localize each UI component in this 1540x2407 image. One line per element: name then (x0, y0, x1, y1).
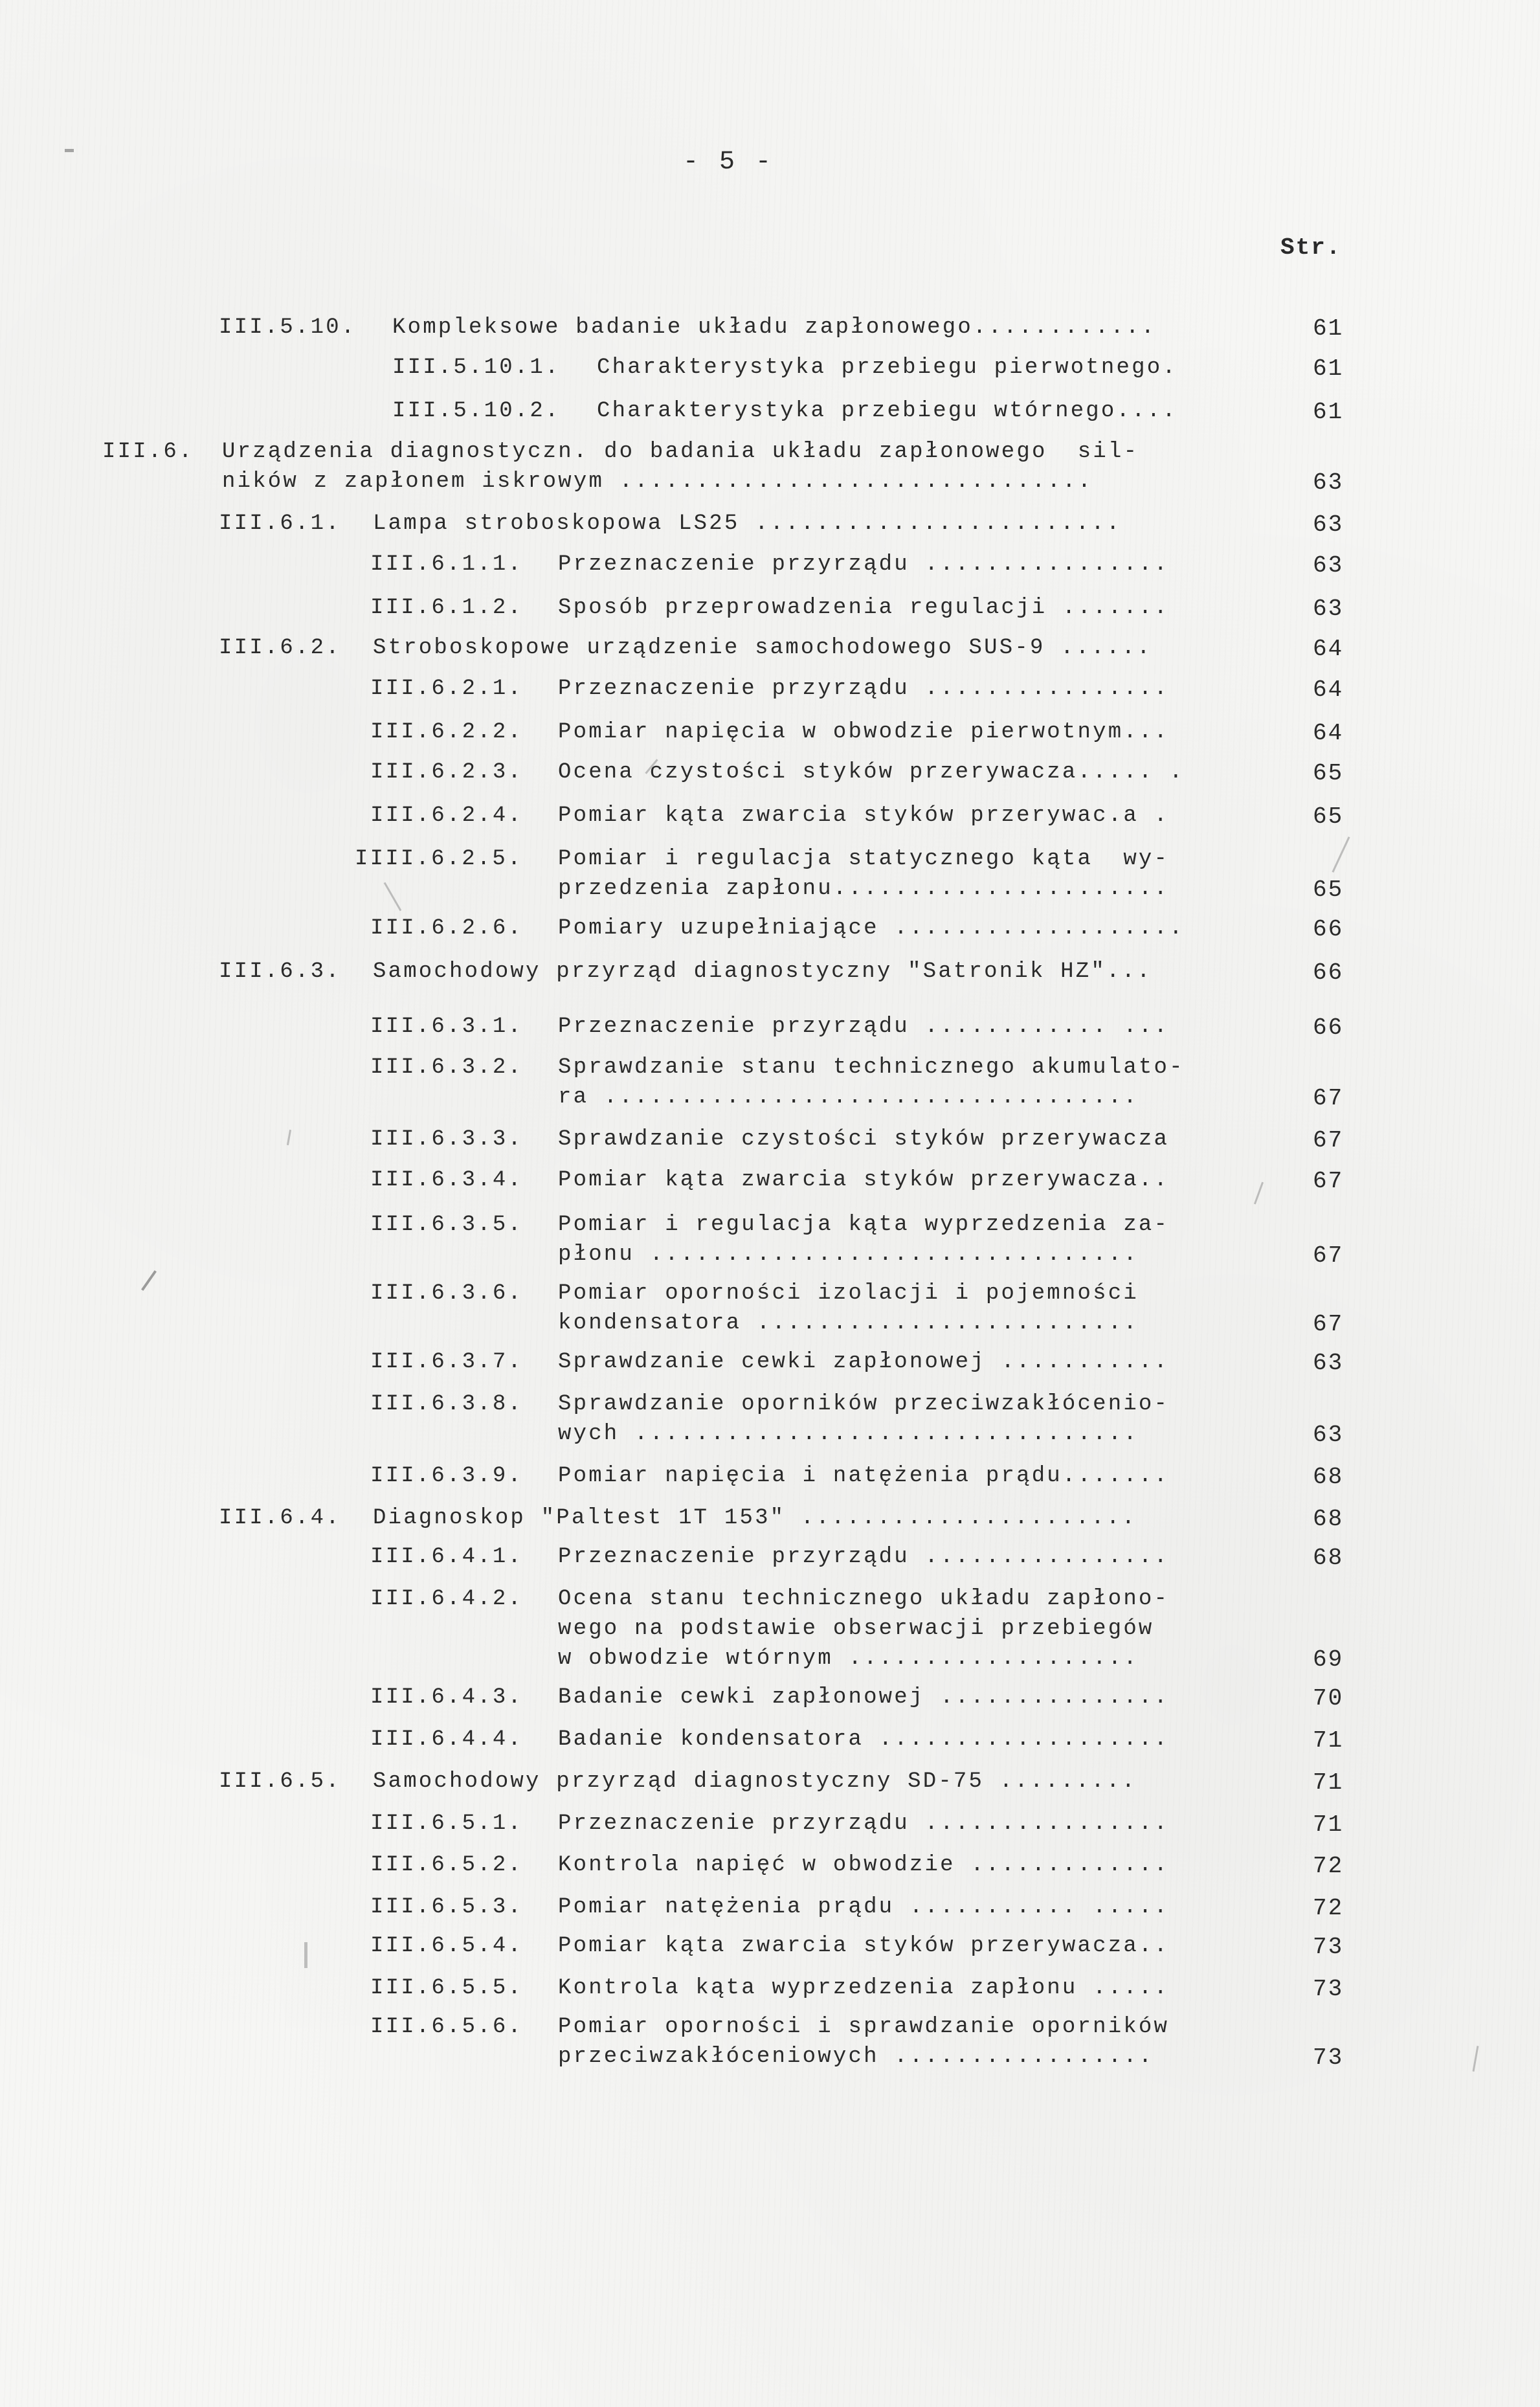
section-number: III.6.3.4. (370, 1168, 523, 1192)
page-reference: 71 (1313, 1769, 1343, 1796)
page-reference: 67 (1313, 1127, 1343, 1154)
section-number: III.6.4.2. (370, 1587, 523, 1611)
section-title-line: Kontrola kąta wyprzedzenia zapłonu ..... (558, 1976, 1240, 2000)
section-title-line: Badanie cewki zapłonowej ............... (558, 1685, 1240, 1710)
scan-mark (384, 882, 402, 912)
section-title-line: Pomiar kąta zwarcia styków przerywac.a . (558, 803, 1240, 828)
section-number: III.6.5.2. (370, 1853, 523, 1877)
section-title-line: Lampa stroboskopowa LS25 ...............… (373, 511, 1240, 536)
page-reference: 64 (1313, 677, 1343, 703)
page-reference: 65 (1313, 877, 1343, 903)
section-title-line: Pomiar oporności izolacji i pojemności (558, 1281, 1240, 1306)
page-reference: 63 (1313, 1422, 1343, 1448)
scan-mark (1473, 2046, 1479, 2072)
page-reference: 61 (1313, 315, 1343, 342)
scan-mark (287, 1130, 291, 1145)
section-number: III.6.5.5. (370, 1976, 523, 2000)
section-title-line: Pomiar oporności i sprawdzanie oporników (558, 2015, 1240, 2039)
section-number: III.6.5.1. (370, 1811, 523, 1836)
page-reference: 65 (1313, 803, 1343, 830)
section-title-line: Urządzenia diagnostyczn. do badania ukła… (222, 440, 1240, 464)
section-number: III.6.4.3. (370, 1685, 523, 1710)
section-number: III.6.5.4. (370, 1934, 523, 1958)
page-reference: 66 (1313, 959, 1343, 986)
section-number: III.6.5. (219, 1769, 341, 1794)
page-reference: 71 (1313, 1811, 1343, 1838)
section-title-line: Przeznaczenie przyrządu ................ (558, 677, 1240, 701)
page-reference: 66 (1313, 916, 1343, 943)
page-reference: 61 (1313, 399, 1343, 425)
scan-mark (1254, 1182, 1264, 1205)
page-reference: 61 (1313, 355, 1343, 382)
section-number: III.6.2. (219, 636, 341, 660)
section-number: III.6.3.3. (370, 1127, 523, 1152)
section-number: III.6.1.1. (370, 552, 523, 577)
page-reference: 68 (1313, 1464, 1343, 1490)
section-number: III.6. (102, 440, 194, 464)
page-number: - 5 - (673, 148, 783, 177)
section-title-line: Diagnoskop "Paltest 1T 153" ............… (373, 1506, 1240, 1530)
section-title-line: Przeznaczenie przyrządu ................ (558, 1545, 1240, 1569)
section-title-line: Pomiar napięcia i natężenia prądu....... (558, 1464, 1240, 1488)
section-number: III.6.5.3. (370, 1895, 523, 1920)
scan-mark (1332, 836, 1350, 873)
page-reference: 67 (1313, 1085, 1343, 1112)
section-number: III.6.3.8. (370, 1392, 523, 1416)
section-title-line: Pomiar i regulacja kąta wyprzedzenia za- (558, 1213, 1240, 1237)
section-title-line: kondensatora ......................... (558, 1311, 1240, 1336)
section-number: III.6.2.3. (370, 760, 523, 785)
page-reference: 72 (1313, 1895, 1343, 1921)
section-title-line: Ocena czystości styków przerywacza..... … (558, 760, 1240, 785)
section-title-line: płonu ................................ (558, 1242, 1240, 1267)
section-title-line: ników z zapłonem iskrowym ..............… (222, 469, 1240, 494)
section-number: III.6.1. (219, 511, 341, 536)
section-number: III.5.10.1. (392, 355, 561, 380)
section-number: III.6.3.9. (370, 1464, 523, 1488)
section-title-line: Sposób przeprowadzenia regulacji ....... (558, 596, 1240, 620)
section-number: III.6.2.1. (370, 677, 523, 701)
page-reference: 73 (1313, 2044, 1343, 2071)
section-title-line: Ocena stanu technicznego układu zapłono- (558, 1587, 1240, 1611)
section-title-line: w obwodzie wtórnym ................... (558, 1646, 1240, 1671)
section-number: III.6.5.6. (370, 2015, 523, 2039)
section-number: III.6.2.6. (370, 916, 523, 941)
section-number: III.6.1.2. (370, 596, 523, 620)
page-reference: 63 (1313, 596, 1343, 622)
page-reference: 67 (1313, 1242, 1343, 1269)
scan-mark (65, 149, 74, 152)
section-number: III.6.3.2. (370, 1055, 523, 1080)
page-reference: 64 (1313, 636, 1343, 662)
section-title-line: Pomiar napięcia w obwodzie pierwotnym... (558, 720, 1240, 744)
section-title-line: przeciwzakłóceniowych ................. (558, 2044, 1240, 2069)
page-reference: 73 (1313, 1976, 1343, 2002)
section-title-line: ra ................................... (558, 1085, 1240, 1110)
section-title-line: Przeznaczenie przyrządu ............ ... (558, 1014, 1240, 1039)
page-reference: 63 (1313, 552, 1343, 579)
page-reference: 70 (1313, 1685, 1343, 1712)
section-title-line: Stroboskopowe urządzenie samochodowego S… (373, 636, 1240, 660)
page-reference: 63 (1313, 469, 1343, 496)
section-title-line: przedzenia zapłonu...................... (558, 877, 1240, 901)
page-reference: 65 (1313, 760, 1343, 787)
section-number: III.6.4. (219, 1506, 341, 1530)
section-title-line: Pomiar kąta zwarcia styków przerywacza.. (558, 1934, 1240, 1958)
section-title-line: Przeznaczenie przyrządu ................ (558, 552, 1240, 577)
page-column-header: Str. (1280, 234, 1341, 261)
section-number: III.6.3.5. (370, 1213, 523, 1237)
section-number: III.6.3.7. (370, 1350, 523, 1374)
page-reference: 71 (1313, 1727, 1343, 1754)
section-number: III.6.4.1. (370, 1545, 523, 1569)
page-reference: 68 (1313, 1506, 1343, 1532)
section-title-line: Samochodowy przyrząd diagnostyczny SD-75… (373, 1769, 1240, 1794)
section-number: III.6.4.4. (370, 1727, 523, 1752)
section-title-line: Sprawdzanie cewki zapłonowej ........... (558, 1350, 1240, 1374)
page-reference: 66 (1313, 1014, 1343, 1041)
section-title-line: wych ................................. (558, 1422, 1240, 1446)
page-reference: 67 (1313, 1311, 1343, 1338)
section-title-line: Pomiar kąta zwarcia styków przerywacza.. (558, 1168, 1240, 1192)
section-title-line: Charakterystyka przebiegu wtórnego.... (597, 399, 1240, 423)
section-number: III.6.3.1. (370, 1014, 523, 1039)
section-title-line: Samochodowy przyrząd diagnostyczny "Satr… (373, 959, 1240, 984)
section-title-line: Pomiar i regulacja statycznego kąta wy- (558, 847, 1240, 871)
scan-mark (141, 1270, 157, 1291)
section-title-line: Sprawdzanie czystości styków przerywacza (558, 1127, 1240, 1152)
section-number: III.6.3. (219, 959, 341, 984)
scan-mark (304, 1942, 307, 1968)
page-reference: 63 (1313, 1350, 1343, 1376)
section-title-line: Sprawdzanie oporników przeciwzakłócenio- (558, 1392, 1240, 1416)
section-title-line: Pomiar natężenia prądu ........... ..... (558, 1895, 1240, 1920)
section-title-line: Kompleksowe badanie układu zapłonowego..… (392, 315, 1240, 340)
section-number: III.6.3.6. (370, 1281, 523, 1306)
page-reference: 63 (1313, 511, 1343, 538)
page-reference: 72 (1313, 1853, 1343, 1879)
section-title-line: Przeznaczenie przyrządu ................ (558, 1811, 1240, 1836)
section-title-line: Sprawdzanie stanu technicznego akumulato… (558, 1055, 1240, 1080)
page-reference: 69 (1313, 1646, 1343, 1673)
page-reference: 68 (1313, 1545, 1343, 1571)
section-number: III.5.10. (219, 315, 356, 340)
page-reference: 73 (1313, 1934, 1343, 1960)
page-reference: 64 (1313, 720, 1343, 746)
section-number: III.6.2.2. (370, 720, 523, 744)
section-number: III.5.10.2. (392, 399, 561, 423)
section-title-line: Kontrola napięć w obwodzie ............. (558, 1853, 1240, 1877)
section-number: IIII.6.2.5. (355, 847, 523, 871)
section-title-line: Charakterystyka przebiegu pierwotnego. (597, 355, 1240, 380)
section-title-line: Pomiary uzupełniające ..................… (558, 916, 1240, 941)
section-number: III.6.2.4. (370, 803, 523, 828)
section-title-line: wego na podstawie obserwacji przebiegów (558, 1617, 1240, 1641)
page-reference: 67 (1313, 1168, 1343, 1194)
section-title-line: Badanie kondensatora ................... (558, 1727, 1240, 1752)
